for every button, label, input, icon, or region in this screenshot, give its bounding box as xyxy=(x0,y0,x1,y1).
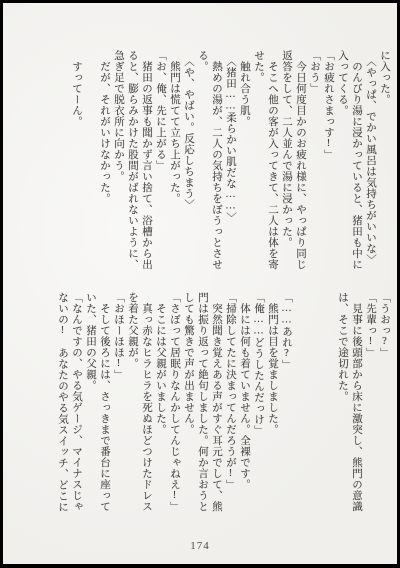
text-line: 熊門は慌てて立ち上がった。 xyxy=(167,50,181,276)
text-line: しても驚きで声が出ません。 xyxy=(181,292,195,518)
text-line: 〈や、やばい。反応しちまう〉 xyxy=(181,50,195,276)
text-line: 触れ合う肌。 xyxy=(237,50,251,276)
text-line: せた。 xyxy=(251,50,265,276)
text-band-upper: に入った。 〈やっぱ、でかい風呂は気持ちがいいな〉 のんびり湯に浸かっていると、… xyxy=(69,50,391,276)
text-line: 「おう」 xyxy=(307,50,321,276)
text-line: 熱めの湯が、二人の気持ちをぼうっとさせ xyxy=(209,50,223,276)
text-line xyxy=(83,50,97,276)
text-line: る。 xyxy=(195,50,209,276)
text-line: 熊門は目を覚ましました。 xyxy=(265,292,279,518)
text-line: 突然聞き覚えある声がすぐ耳元でして、熊 xyxy=(209,292,223,518)
text-line: 急ぎ足で脱衣所に向かう。 xyxy=(111,50,125,276)
text-line: いた、猪田の父親。 xyxy=(83,292,97,518)
text-line: そして後ろには、さっきまで番台に座って xyxy=(97,292,111,518)
text-line xyxy=(321,292,335,518)
text-line: 「お、俺、先に上がる」 xyxy=(153,50,167,276)
text-line: 「おほーほほ!」 xyxy=(111,292,125,518)
text-line: 「なんですの、やる気ゲージ、マイナスじゃ xyxy=(69,292,83,518)
text-line: 〈猪田……柔らかい肌だな……〉 xyxy=(223,50,237,276)
text-line: だが、それがいけなかった。 xyxy=(97,50,111,276)
text-line: そこには父親がいました。 xyxy=(153,292,167,518)
text-line: 「先輩っ!」 xyxy=(363,292,377,518)
text-line: 猪田の返事も聞かず言い捨て、浴槽から出 xyxy=(139,50,153,276)
text-line: 門は振り返って絶句しました。何か言おうと xyxy=(195,292,209,518)
text-line: に入った。 xyxy=(377,50,391,276)
text-line: 「お疲れさまっす!」 xyxy=(321,50,335,276)
text-line: 「掃除してたに決まってんだろうが!」 xyxy=(223,292,237,518)
text-line: 「うおっ?」 xyxy=(377,292,391,518)
text-line: を着た父親が。 xyxy=(125,292,139,518)
text-line: 返答をして、二人並んで湯に浸かった。 xyxy=(279,50,293,276)
text-line: そこへ他の客が入ってきて、二人は体を寄 xyxy=(265,50,279,276)
text-line xyxy=(293,292,307,518)
text-line: ないの! あなたのやる気スイッチ、どこに xyxy=(55,292,69,518)
text-line: すってーん。 xyxy=(69,50,83,276)
text-line: 入ってくる。 xyxy=(335,50,349,276)
text-line: は、そこで途切れた。 xyxy=(335,292,349,518)
text-line xyxy=(307,292,321,518)
text-line: 〈やっぱ、でかい風呂は気持ちがいいな〉 xyxy=(363,50,377,276)
book-page: に入った。 〈やっぱ、でかい風呂は気持ちがいいな〉 のんびり湯に浸かっていると、… xyxy=(3,3,397,564)
text-line: 真っ赤なヒラヒラを死ぬほどつけたドレス xyxy=(139,292,153,518)
text-line: ると、膨らみかけた股間がばれないように、 xyxy=(125,50,139,276)
text-line: 「俺……どうしたんだっけ」 xyxy=(251,292,265,518)
text-line: 体には何も着ていません。全裸です。 xyxy=(237,292,251,518)
text-line: 見事に後頭部から床に激突し、熊門の意識 xyxy=(349,292,363,518)
text-line: 今日何度目かのお疲れ様に、やっぱり同じ xyxy=(293,50,307,276)
text-line: 「……あれ?」 xyxy=(279,292,293,518)
text-band-lower: 「うおっ?」「先輩っ!」 見事に後頭部から床に激突し、熊門の意識は、そこで途切れ… xyxy=(55,292,391,518)
text-line: のんびり湯に浸かっていると、猪田も中に xyxy=(349,50,363,276)
page-number: 174 xyxy=(3,540,397,552)
text-line: 「さぼって居眠りなんかしてんじゃねえ!」 xyxy=(167,292,181,518)
